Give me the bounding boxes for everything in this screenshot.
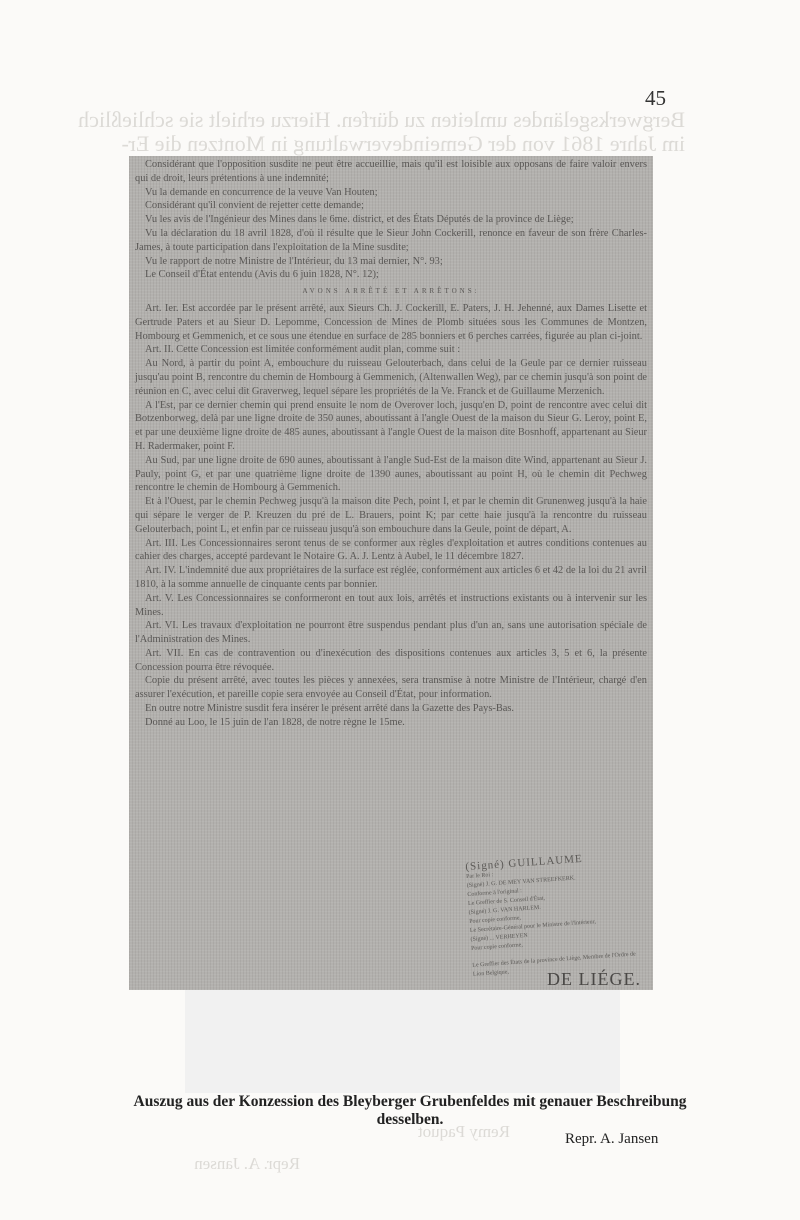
article: Art. VII. En cas de contravention ou d'i…: [135, 647, 647, 675]
article: Au Nord, à partir du point A, embouchure…: [135, 357, 647, 398]
article: En outre notre Ministre susdit fera insé…: [135, 702, 647, 716]
paragraph: Vu la demande en concurrence de la veuve…: [135, 186, 647, 200]
bleed-through-figure: [185, 985, 620, 1093]
decree-heading: AVONS ARRÊTÉ ET ARRÊTONS:: [135, 285, 647, 299]
bleed-line: Bergwerksgeländes umleiten zu dürfen. Hi…: [115, 108, 685, 132]
article: Au Sud, par une ligne droite de 690 aune…: [135, 454, 647, 495]
article: Donné au Loo, le 15 juin de l'an 1828, d…: [135, 716, 647, 730]
signature-block: (Signé) GUILLAUME Par le Roi : (Signé) J…: [465, 850, 643, 980]
article: Art. Ier. Est accordée par le présent ar…: [135, 302, 647, 343]
photo-credit: Repr. A. Jansen: [565, 1131, 658, 1148]
article: Art. II. Cette Concession est limitée co…: [135, 343, 647, 357]
paragraph: Vu la déclaration du 18 avril 1828, d'où…: [135, 227, 647, 255]
paragraph: Vu les avis de l'Ingénieur des Mines dan…: [135, 213, 647, 227]
bleed-through-text-top: Bergwerksgeländes umleiten zu dürfen. Hi…: [115, 108, 685, 156]
paragraph: Le Conseil d'État entendu (Avis du 6 jui…: [135, 268, 647, 282]
paragraph: Considérant qu'il convient de rejetter c…: [135, 199, 647, 213]
article: Art. VI. Les travaux d'exploitation ne p…: [135, 619, 647, 647]
figure-caption: Auszug aus der Konzession des Bleyberger…: [110, 1093, 710, 1129]
bleed-line: im Jahre 1861 von der Gemeindeverwaltung…: [115, 132, 685, 156]
article: Art. IV. L'indemnité due aux propriétair…: [135, 564, 647, 592]
page-number: 45: [645, 86, 666, 111]
paragraph: Considérant que l'opposition susdite ne …: [135, 158, 647, 186]
article: Art. III. Les Concessionnaires seront te…: [135, 537, 647, 565]
document-photo: Considérant que l'opposition susdite ne …: [129, 156, 653, 990]
article: A l'Est, par ce dernier chemin qui prend…: [135, 399, 647, 454]
document-text: Considérant que l'opposition susdite ne …: [135, 158, 647, 730]
liege-fragment: DE LIÉGE.: [547, 969, 641, 990]
article: Art. V. Les Concessionnaires se conforme…: [135, 592, 647, 620]
article: Et à l'Ouest, par le chemin Pechweg jusq…: [135, 495, 647, 536]
article: Copie du présent arrêté, avec toutes les…: [135, 674, 647, 702]
paragraph: Vu le rapport de notre Ministre de l'Int…: [135, 255, 647, 269]
bleed-line: Repr. A. Jansen: [160, 1152, 660, 1176]
